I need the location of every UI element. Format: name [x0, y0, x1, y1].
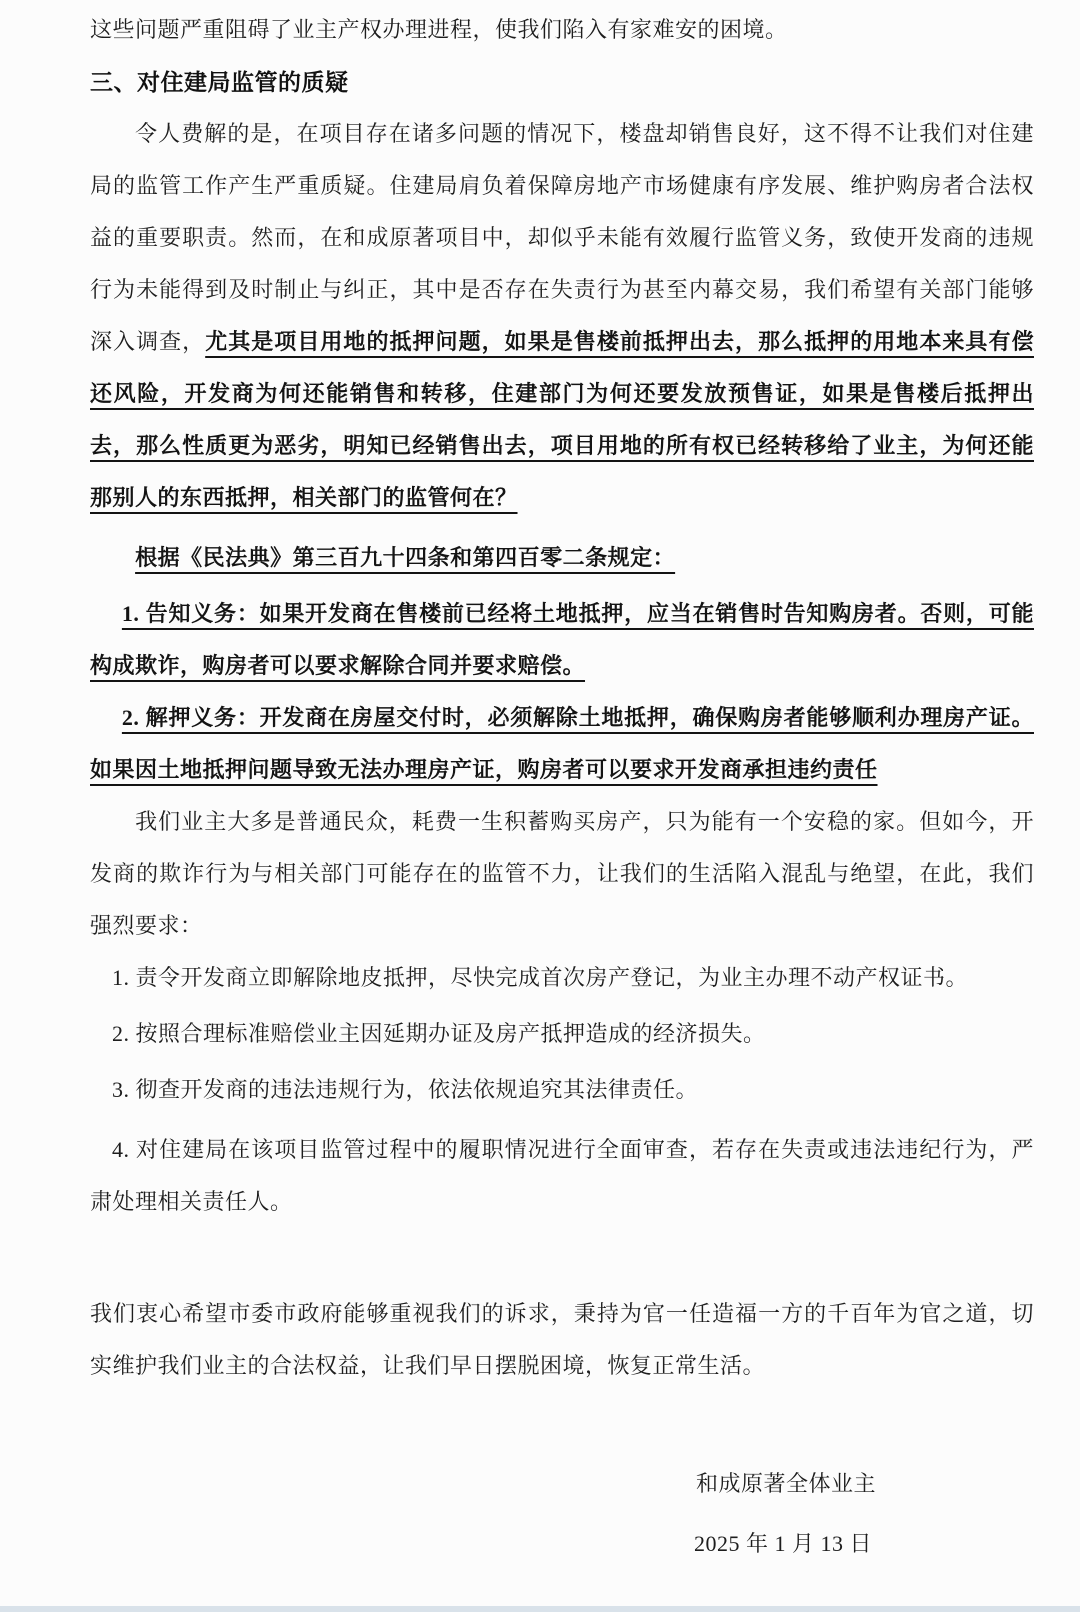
law-basis-text: 根据《民法典》第三百九十四条和第四百零二条规定：: [135, 545, 675, 570]
supervision-paragraph-emphasis-text: 尤其是项目用地的抵押问题，如果是售楼前抵押出去，那么抵押的用地本来具有偿还风险，…: [90, 329, 1034, 510]
closing-paragraph: 我们衷心希望市委市政府能够重视我们的诉求，秉持为官一任造福一方的千百年为官之道，…: [90, 1288, 1034, 1392]
document-page: 这些问题严重阻碍了业主产权办理进程，使我们陷入有家难安的困境。 三、对住建局监管…: [0, 0, 1080, 1612]
date-line: 2025 年 1 月 13 日: [90, 1518, 1034, 1570]
demand-item-3: 3. 彻查开发商的违法违规行为，依法依规追究其法律责任。: [90, 1064, 1034, 1116]
law-item-2-text: 2. 解押义务：开发商在房屋交付时，必须解除土地抵押，确保购房者能够顺利办理房产…: [90, 705, 1034, 782]
law-item-2: 2. 解押义务：开发商在房屋交付时，必须解除土地抵押，确保购房者能够顺利办理房产…: [90, 692, 1034, 796]
document-content: 这些问题严重阻碍了业主产权办理进程，使我们陷入有家难安的困境。 三、对住建局监管…: [0, 0, 1080, 1570]
law-item-1: 1. 告知义务：如果开发商在售楼前已经将土地抵押，应当在销售时告知购房者。否则，…: [90, 588, 1034, 692]
supervision-paragraph-normal-text: 令人费解的是，在项目存在诸多问题的情况下，楼盘却销售良好，这不得不让我们对住建局…: [90, 121, 1034, 354]
demand-item-4: 4. 对住建局在该项目监管过程中的履职情况进行全面审查，若存在失责或违法违纪行为…: [90, 1124, 1034, 1228]
signature-line: 和成原著全体业主: [90, 1458, 1034, 1510]
appeal-paragraph: 我们业主大多是普通民众，耗费一生积蓄购买房产，只为能有一个安稳的家。但如今，开发…: [90, 796, 1034, 952]
demand-item-2: 2. 按照合理标准赔偿业主因延期办证及房产抵押造成的经济损失。: [90, 1008, 1034, 1060]
bottom-edge-bar: [0, 1606, 1080, 1612]
law-basis-line: 根据《民法典》第三百九十四条和第四百零二条规定：: [90, 532, 1034, 584]
law-item-1-text: 1. 告知义务：如果开发商在售楼前已经将土地抵押，应当在销售时告知购房者。否则，…: [90, 601, 1034, 678]
supervision-paragraph: 令人费解的是，在项目存在诸多问题的情况下，楼盘却销售良好，这不得不让我们对住建局…: [90, 108, 1034, 524]
intro-line: 这些问题严重阻碍了业主产权办理进程，使我们陷入有家难安的困境。: [90, 4, 1034, 56]
demand-item-1: 1. 责令开发商立即解除地皮抵押，尽快完成首次房产登记，为业主办理不动产权证书。: [90, 952, 1034, 1004]
section-heading: 三、对住建局监管的质疑: [90, 56, 1034, 108]
